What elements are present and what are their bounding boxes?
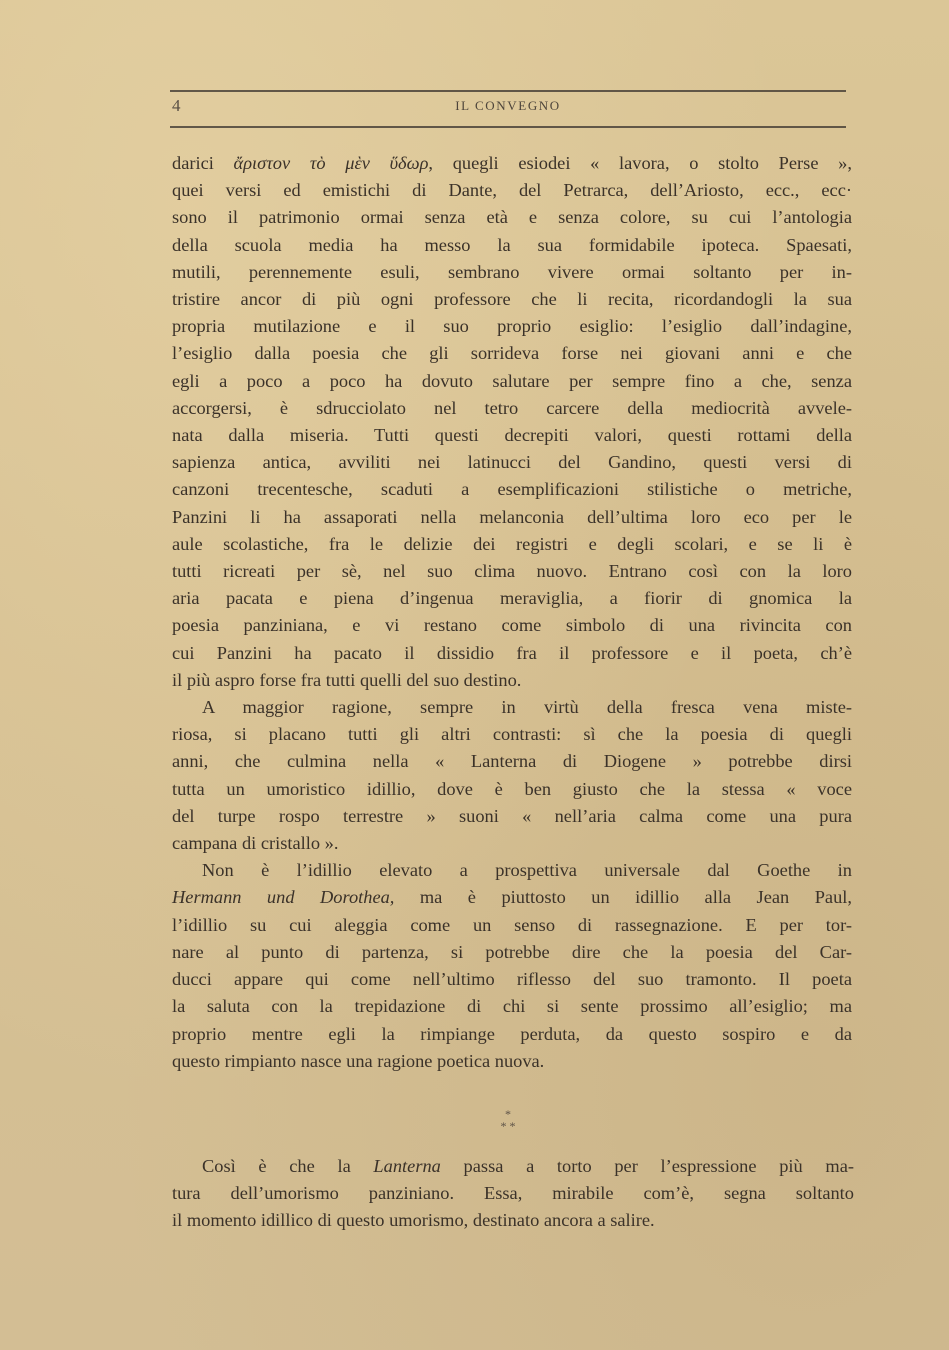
final-paragraph-block: Così è che la Lanterna passa a torto per… bbox=[172, 1153, 854, 1235]
italic-text: ἄριστον τὸ μὲν ὕδωρ bbox=[234, 153, 429, 173]
text-line: la saluta con la trepidazione di chi si … bbox=[172, 993, 852, 1020]
running-head: 4 IL CONVEGNO bbox=[170, 96, 846, 118]
text-line: nata dalla miseria. Tutti questi decrepi… bbox=[172, 422, 852, 449]
paragraph-p2: A maggior ragione, sempre in virtù della… bbox=[172, 694, 852, 857]
journal-title: IL CONVEGNO bbox=[170, 98, 846, 114]
paragraph-p4: Così è che la Lanterna passa a torto per… bbox=[172, 1153, 854, 1235]
text-run: canzoni trecentesche, scaduti a esemplif… bbox=[172, 479, 852, 499]
text-run: sapienza antica, avviliti nei latinucci … bbox=[172, 452, 852, 472]
text-run: tutti ricreati per sè, nel suo clima nuo… bbox=[172, 561, 852, 581]
text-run: questo rimpianto nasce una ragione poeti… bbox=[172, 1051, 544, 1071]
asterism-bottom-stars: * * bbox=[170, 1120, 846, 1132]
text-line: ducci appare qui come nell’ultimo rifles… bbox=[172, 966, 852, 993]
text-run: quei versi ed emistichi di Dante, del Pe… bbox=[172, 180, 852, 200]
text-run: mutili, perennemente esuli, sembrano viv… bbox=[172, 262, 852, 282]
text-line: Così è che la Lanterna passa a torto per… bbox=[172, 1153, 854, 1180]
text-run: campana di cristallo ». bbox=[172, 833, 338, 853]
text-run: egli a poco a poco ha dovuto salutare pe… bbox=[172, 371, 852, 391]
body-text: darici ἄριστον τὸ μὲν ὕδωρ, quegli esiod… bbox=[172, 150, 852, 1075]
text-run: darici bbox=[172, 153, 234, 173]
text-run: tura dell’umorismo panziniano. Essa, mir… bbox=[172, 1183, 854, 1203]
text-line: tristire ancor di più ogni professore ch… bbox=[172, 286, 852, 313]
text-run: Panzini li ha assaporati nella melanconi… bbox=[172, 507, 852, 527]
text-line: aria pacata e piena d’ingenua meraviglia… bbox=[172, 585, 852, 612]
text-run: la saluta con la trepidazione di chi si … bbox=[172, 996, 852, 1016]
text-run: nata dalla miseria. Tutti questi decrepi… bbox=[172, 425, 852, 445]
text-line: egli a poco a poco ha dovuto salutare pe… bbox=[172, 368, 852, 395]
text-line: l’idillio su cui aleggia come un senso d… bbox=[172, 912, 852, 939]
text-run: proprio mentre egli la rimpiange perduta… bbox=[172, 1024, 852, 1044]
text-run: , quegli esiodei « lavora, o stolto Pers… bbox=[428, 153, 852, 173]
italic-text: Lanterna bbox=[373, 1156, 440, 1176]
text-line: mutili, perennemente esuli, sembrano viv… bbox=[172, 259, 852, 286]
text-line: poesia panziniana, e vi restano come sim… bbox=[172, 612, 852, 639]
paragraph-p1: darici ἄριστον τὸ μὲν ὕδωρ, quegli esiod… bbox=[172, 150, 852, 694]
text-run: il più aspro forse fra tutti quelli del … bbox=[172, 670, 521, 690]
text-run: accorgersi, è sdrucciolato nel tetro car… bbox=[172, 398, 852, 418]
text-line: Hermann und Dorothea, ma è piuttosto un … bbox=[172, 884, 852, 911]
text-line: accorgersi, è sdrucciolato nel tetro car… bbox=[172, 395, 852, 422]
text-run: tutta un umoristico idillio, dove è ben … bbox=[172, 779, 852, 799]
text-line: tutta un umoristico idillio, dove è ben … bbox=[172, 776, 852, 803]
text-line: canzoni trecentesche, scaduti a esemplif… bbox=[172, 476, 852, 503]
text-run: della scuola media ha messo la sua formi… bbox=[172, 235, 852, 255]
text-run: Così è che la bbox=[202, 1156, 373, 1176]
text-line: sapienza antica, avviliti nei latinucci … bbox=[172, 449, 852, 476]
text-line: riosa, si placano tutti gli altri contra… bbox=[172, 721, 852, 748]
text-run: passa a torto per l’espressione più ma- bbox=[441, 1156, 854, 1176]
text-run: nare al punto di partenza, si potrebbe d… bbox=[172, 942, 852, 962]
text-run: tristire ancor di più ogni professore ch… bbox=[172, 289, 852, 309]
text-line: anni, che culmina nella « Lanterna di Di… bbox=[172, 748, 852, 775]
text-run: Non è l’idillio elevato a prospettiva un… bbox=[202, 860, 852, 880]
text-line: tutti ricreati per sè, nel suo clima nuo… bbox=[172, 558, 852, 585]
text-run: ducci appare qui come nell’ultimo rifles… bbox=[172, 969, 852, 989]
text-line: cui Panzini ha pacato il dissidio fra il… bbox=[172, 640, 852, 667]
text-run: poesia panziniana, e vi restano come sim… bbox=[172, 615, 852, 635]
header-rule-bottom bbox=[170, 126, 846, 128]
text-run: del turpe rospo terrestre » suoni « nell… bbox=[172, 806, 852, 826]
text-line: darici ἄριστον τὸ μὲν ὕδωρ, quegli esiod… bbox=[172, 150, 852, 177]
text-line: nare al punto di partenza, si potrebbe d… bbox=[172, 939, 852, 966]
text-line: il momento idillico di questo umorismo, … bbox=[172, 1207, 854, 1234]
italic-text: Hermann und Dorothea, bbox=[172, 887, 394, 907]
text-line: della scuola media ha messo la sua formi… bbox=[172, 232, 852, 259]
text-line: A maggior ragione, sempre in virtù della… bbox=[172, 694, 852, 721]
text-line: aule scolastiche, fra le delizie dei reg… bbox=[172, 531, 852, 558]
text-run: ma è piuttosto un idillio alla Jean Paul… bbox=[394, 887, 852, 907]
text-run: propria mutilazione e il suo proprio esi… bbox=[172, 316, 852, 336]
text-run: sono il patrimonio ormai senza età e sen… bbox=[172, 207, 852, 227]
text-line: questo rimpianto nasce una ragione poeti… bbox=[172, 1048, 852, 1075]
text-run: cui Panzini ha pacato il dissidio fra il… bbox=[172, 643, 852, 663]
section-break-asterism: * * * bbox=[170, 1108, 846, 1132]
text-line: Panzini li ha assaporati nella melanconi… bbox=[172, 504, 852, 531]
text-run: il momento idillico di questo umorismo, … bbox=[172, 1210, 655, 1230]
text-line: tura dell’umorismo panziniano. Essa, mir… bbox=[172, 1180, 854, 1207]
text-run: riosa, si placano tutti gli altri contra… bbox=[172, 724, 852, 744]
paragraph-p3: Non è l’idillio elevato a prospettiva un… bbox=[172, 857, 852, 1075]
text-run: aule scolastiche, fra le delizie dei reg… bbox=[172, 534, 852, 554]
text-line: sono il patrimonio ormai senza età e sen… bbox=[172, 204, 852, 231]
text-line: proprio mentre egli la rimpiange perduta… bbox=[172, 1021, 852, 1048]
text-line: del turpe rospo terrestre » suoni « nell… bbox=[172, 803, 852, 830]
text-run: A maggior ragione, sempre in virtù della… bbox=[202, 697, 852, 717]
text-run: aria pacata e piena d’ingenua meraviglia… bbox=[172, 588, 852, 608]
text-line: Non è l’idillio elevato a prospettiva un… bbox=[172, 857, 852, 884]
text-line: campana di cristallo ». bbox=[172, 830, 852, 857]
text-line: quei versi ed emistichi di Dante, del Pe… bbox=[172, 177, 852, 204]
text-line: l’esiglio dalla poesia che gli sorrideva… bbox=[172, 340, 852, 367]
header-rule-top bbox=[170, 90, 846, 92]
text-line: il più aspro forse fra tutti quelli del … bbox=[172, 667, 852, 694]
text-run: anni, che culmina nella « Lanterna di Di… bbox=[172, 751, 852, 771]
text-line: propria mutilazione e il suo proprio esi… bbox=[172, 313, 852, 340]
text-run: l’idillio su cui aleggia come un senso d… bbox=[172, 915, 852, 935]
text-run: l’esiglio dalla poesia che gli sorrideva… bbox=[172, 343, 852, 363]
